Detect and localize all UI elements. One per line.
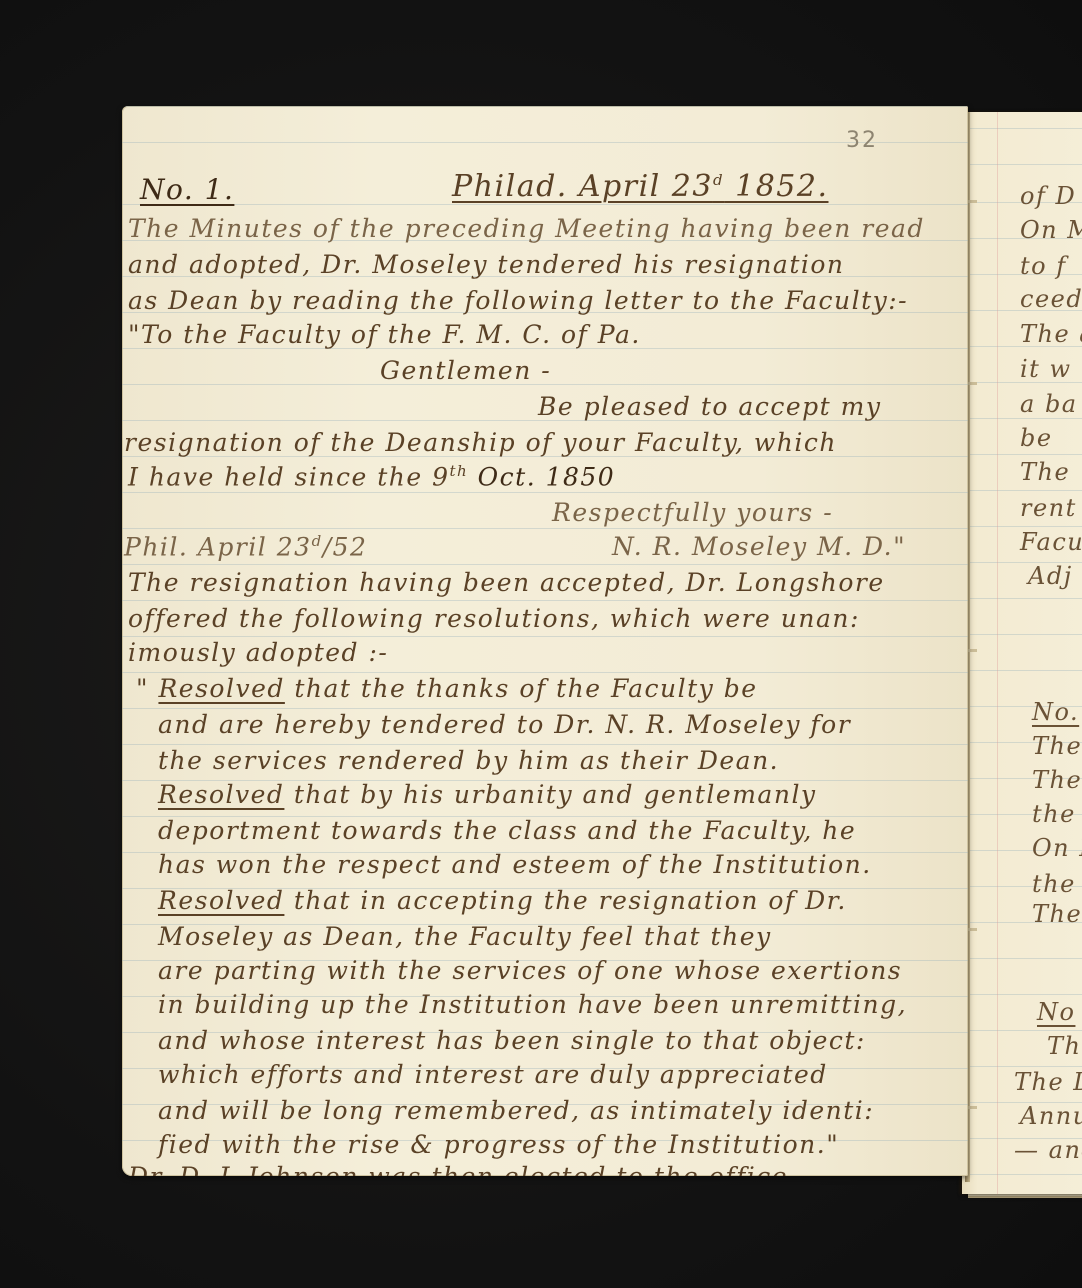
handwritten-line: Adj [1028, 564, 1073, 588]
page-number: 32 [846, 128, 878, 153]
entry-number-2: No. [1032, 700, 1079, 724]
handwritten-line: as Dean by reading the following letter … [128, 288, 908, 313]
handwritten-line: Resolved that by his urbanity and gentle… [158, 782, 817, 807]
handwritten-line: The [1032, 734, 1082, 758]
margin-rule [997, 112, 998, 1194]
handwritten-line: On M [1032, 836, 1082, 860]
handwritten-line: rent [1020, 496, 1077, 520]
handwritten-line: imously adopted :- [128, 640, 388, 665]
quote-mark: " [136, 674, 149, 703]
handwritten-line: N. R. Moseley M. D." [612, 534, 906, 559]
right-page-fragment: of D On M to f ceedi The a it w a ba be … [962, 112, 1082, 1194]
handwritten-line: to f [1020, 254, 1067, 278]
handwritten-line: and adopted, Dr. Moseley tendered his re… [128, 252, 845, 277]
resolved-label: Resolved [158, 674, 284, 703]
handwritten-line: it w [1020, 357, 1072, 381]
handwritten-line: in building up the Institution have been… [158, 992, 907, 1017]
handwritten-line: Dr. D. J. Johnson was then elected to th… [128, 1164, 788, 1176]
left-page: 32 No. 1. Philad. April 23d 1852. The Mi… [122, 106, 968, 1176]
handwritten-line: a ba [1020, 392, 1078, 416]
handwritten-line: the [1032, 802, 1076, 826]
handwritten-line: Moseley as Dean, the Faculty feel that t… [158, 924, 772, 949]
entry-number-3: No [1037, 1000, 1075, 1024]
entry-date-heading: Philad. April 23d 1852. [452, 172, 829, 202]
handwritten-line: Facu [1020, 530, 1082, 554]
handwritten-line: " Resolved that the thanks of the Facult… [136, 676, 758, 701]
line-text: that in accepting the resignation of Dr. [284, 886, 846, 915]
line-text: Phil. April 23 [124, 532, 312, 561]
handwritten-line: fied with the rise & progress of the Ins… [158, 1132, 839, 1157]
handwritten-line: the [1032, 872, 1076, 896]
entry-number: No. 1. [140, 176, 234, 204]
handwritten-line: Then [1032, 902, 1082, 926]
handwritten-line: which efforts and interest are duly appr… [158, 1062, 828, 1087]
handwritten-line: be [1020, 426, 1053, 450]
handwritten-line: and will be long remembered, as intimate… [158, 1098, 874, 1123]
handwritten-line: Respectfully yours - [552, 500, 833, 525]
heading-year: 1852. [724, 169, 828, 204]
handwritten-line: I have held since the 9th Oct. 1850 [128, 464, 615, 489]
handwritten-line: deportment towards the class and the Fac… [158, 818, 856, 843]
handwritten-line: and are hereby tendered to Dr. N. R. Mos… [158, 712, 851, 737]
resolved-label: Resolved [158, 780, 284, 809]
heading-date: Philad. April 23 [452, 169, 713, 204]
handwritten-line: ceedi [1020, 287, 1082, 311]
sup-text: d [312, 532, 323, 550]
handwritten-line: The [1020, 460, 1070, 484]
handwritten-line: Gentlemen - [380, 358, 551, 383]
handwritten-line: of D [1020, 184, 1076, 208]
handwritten-line: Phil. April 23d/52 [124, 534, 367, 559]
heading-date-sup: d [713, 171, 724, 189]
sup-text: th [450, 462, 469, 480]
handwritten-line: The [1032, 768, 1082, 792]
handwritten-line: the services rendered by him as their De… [158, 748, 779, 773]
line-text: /52 [323, 532, 368, 561]
line-text: that by his urbanity and gentlemanly [284, 780, 816, 809]
handwritten-line: Be pleased to accept my [538, 394, 881, 419]
line-text: Oct. 1850 [468, 462, 615, 491]
handwritten-line: On M [1020, 218, 1082, 242]
line-text: that the thanks of the Faculty be [285, 674, 758, 703]
handwritten-line: resignation of the Deanship of your Facu… [124, 430, 837, 455]
resolved-label: Resolved [158, 886, 284, 915]
handwritten-line: The a [1020, 322, 1082, 346]
handwritten-line: The [1047, 1034, 1082, 1058]
line-text: I have held since the 9 [128, 462, 450, 491]
handwritten-line: The De [1014, 1070, 1082, 1094]
handwritten-line: Resolved that in accepting the resignati… [158, 888, 847, 913]
handwritten-line: "To the Faculty of the F. M. C. of Pa. [128, 322, 641, 347]
handwritten-line: The resignation having been accepted, Dr… [128, 570, 885, 595]
handwritten-line: and whose interest has been single to th… [158, 1028, 866, 1053]
handwritten-line: The Minutes of the preceding Meeting hav… [128, 216, 925, 241]
handwritten-line: — and [1014, 1138, 1082, 1162]
handwritten-line: Annu [1020, 1104, 1082, 1128]
handwritten-line: has won the respect and esteem of the In… [158, 852, 872, 877]
handwritten-line: are parting with the services of one who… [158, 958, 902, 983]
handwritten-line: offered the following resolutions, which… [128, 606, 860, 631]
